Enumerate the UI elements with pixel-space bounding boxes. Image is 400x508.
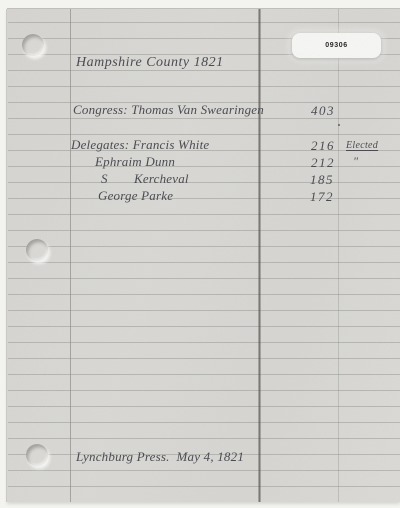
page-underlay-edge	[338, 9, 339, 502]
delegate-candidate: Delegates: Francis White	[71, 137, 209, 153]
delegate-row: George Parke 172	[7, 188, 400, 205]
elected-annotation: Elected	[346, 140, 378, 151]
delegate-vote-count: 212	[311, 155, 335, 171]
catalog-number: 09306	[325, 42, 347, 49]
congress-vote-count: 403	[311, 103, 335, 119]
page-title: Hampshire County 1821	[76, 55, 224, 71]
delegate-candidate: Ephraim Dunn	[95, 154, 175, 170]
delegate-row: Ephraim Dunn 212 "	[7, 154, 400, 171]
delegate-row: S Kercheval 185	[7, 171, 400, 188]
congress-result-row: Congress: Thomas Van Swearingen 403	[7, 102, 400, 119]
punch-hole-middle	[26, 239, 48, 261]
notebook-paper: 09306 Hampshire County 1821 Congress: Th…	[7, 9, 400, 502]
binding-fold-shadow	[258, 9, 261, 502]
ditto-mark: "	[353, 154, 358, 169]
delegate-vote-count: 172	[310, 189, 334, 205]
congress-candidate: Congress: Thomas Van Swearingen	[73, 102, 264, 118]
catalog-number-label: 09306	[292, 33, 381, 58]
scanned-ledger-page: 09306 Hampshire County 1821 Congress: Th…	[0, 0, 400, 508]
ink-speck	[338, 124, 340, 126]
delegate-initial: S	[101, 171, 108, 187]
punch-hole-top	[22, 34, 44, 56]
margin-line	[70, 9, 71, 502]
delegate-row: Delegates: Francis White 216 Elected	[7, 137, 400, 154]
delegate-candidate: George Parke	[98, 188, 173, 204]
ruled-lines	[8, 9, 400, 502]
delegate-vote-count: 185	[310, 172, 334, 188]
delegate-candidate: Kercheval	[134, 171, 189, 187]
delegate-vote-count: 216	[311, 138, 335, 154]
punch-hole-bottom	[26, 444, 48, 466]
source-citation: Lynchburg Press. May 4, 1821	[76, 449, 244, 465]
